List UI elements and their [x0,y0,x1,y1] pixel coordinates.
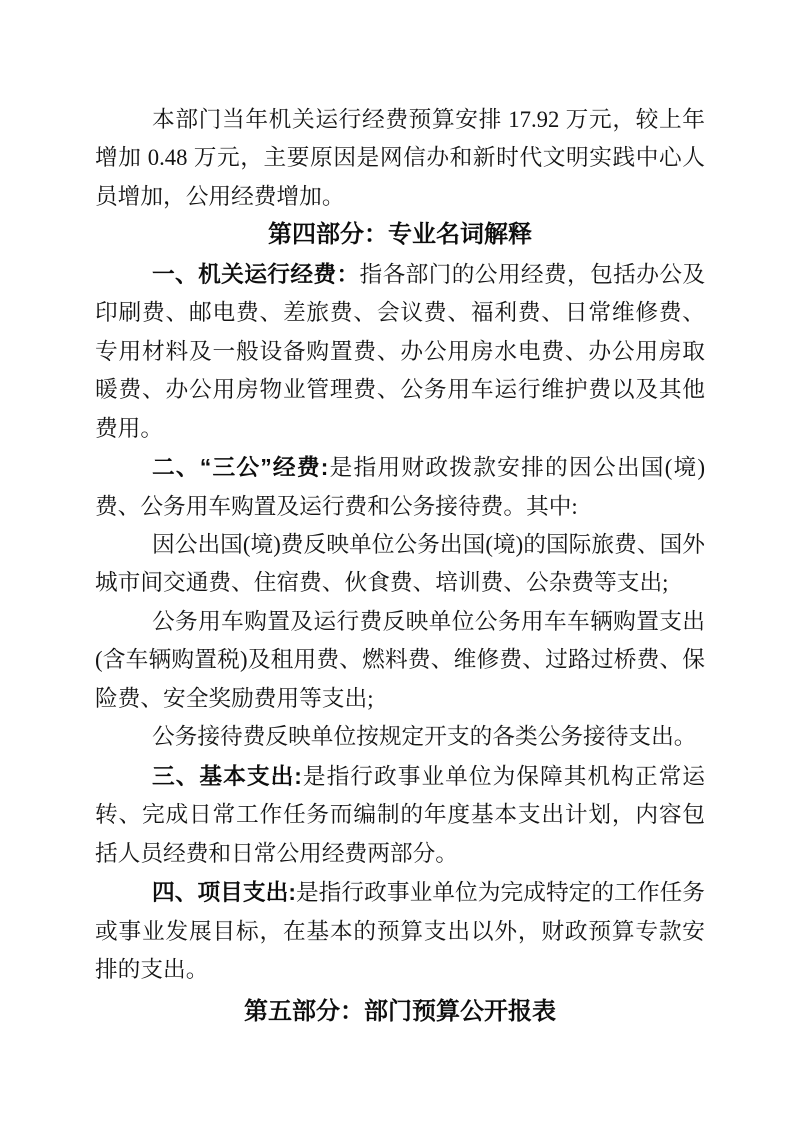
section-heading-part-4: 第四部分：专业名词解释 [95,216,705,254]
term-label-project-expenditure: 四、项目支出: [152,879,296,905]
paragraph-text: 本部门当年机关运行经费预算安排 17.92 万元，较上年增加 0.48 万元，主… [95,107,705,209]
term-label-three-public-funds: 二、“三公”经费: [152,454,328,480]
paragraph-official-vehicle-expense: 公务用车购置及运行费反映单位公务用车车辆购置支出(含车辆购置税)及租用费、燃料费… [95,603,705,718]
section-heading-part-5: 第五部分：部门预算公开报表 [95,993,705,1031]
paragraph-term-basic-expenditure: 三、基本支出:是指行政事业单位为保障其机构正常运转、完成日常工作任务而编制的年度… [95,757,705,873]
document-page: 本部门当年机关运行经费预算安排 17.92 万元，较上年增加 0.48 万元，主… [0,0,793,1122]
paragraph-text: 因公出国(境)费反映单位公务出国(境)的国际旅费、国外城市间交通费、住宿费、伙食… [95,532,705,595]
paragraph-text: 公务接待费反映单位按规定开支的各类公务接待支出。 [152,724,697,749]
paragraph-text: 指各部门的公用经费，包括办公及印刷费、邮电费、差旅费、会议费、福利费、日常维修费… [95,262,705,441]
paragraph-text: 公务用车购置及运行费反映单位公务用车车辆购置支出(含车辆购置税)及租用费、燃料费… [95,609,705,711]
paragraph-term-project-expenditure: 四、项目支出:是指行政事业单位为完成特定的工作任务或事业发展目标，在基本的预算支… [95,873,705,989]
term-label-basic-expenditure: 三、基本支出: [152,763,302,789]
paragraph-term-three-public-funds: 二、“三公”经费:是指用财政拨款安排的因公出国(境)费、公务用车购置及运行费和公… [95,448,705,526]
paragraph-agency-operating-budget: 本部门当年机关运行经费预算安排 17.92 万元，较上年增加 0.48 万元，主… [95,101,705,216]
term-label-agency-operating-funds: 一、机关运行经费： [152,261,360,287]
paragraph-term-agency-operating-funds: 一、机关运行经费：指各部门的公用经费，包括办公及印刷费、邮电费、差旅费、会议费、… [95,255,705,448]
paragraph-official-reception-expense: 公务接待费反映单位按规定开支的各类公务接待支出。 [95,718,705,756]
paragraph-overseas-travel-expense: 因公出国(境)费反映单位公务出国(境)的国际旅费、国外城市间交通费、住宿费、伙食… [95,526,705,603]
